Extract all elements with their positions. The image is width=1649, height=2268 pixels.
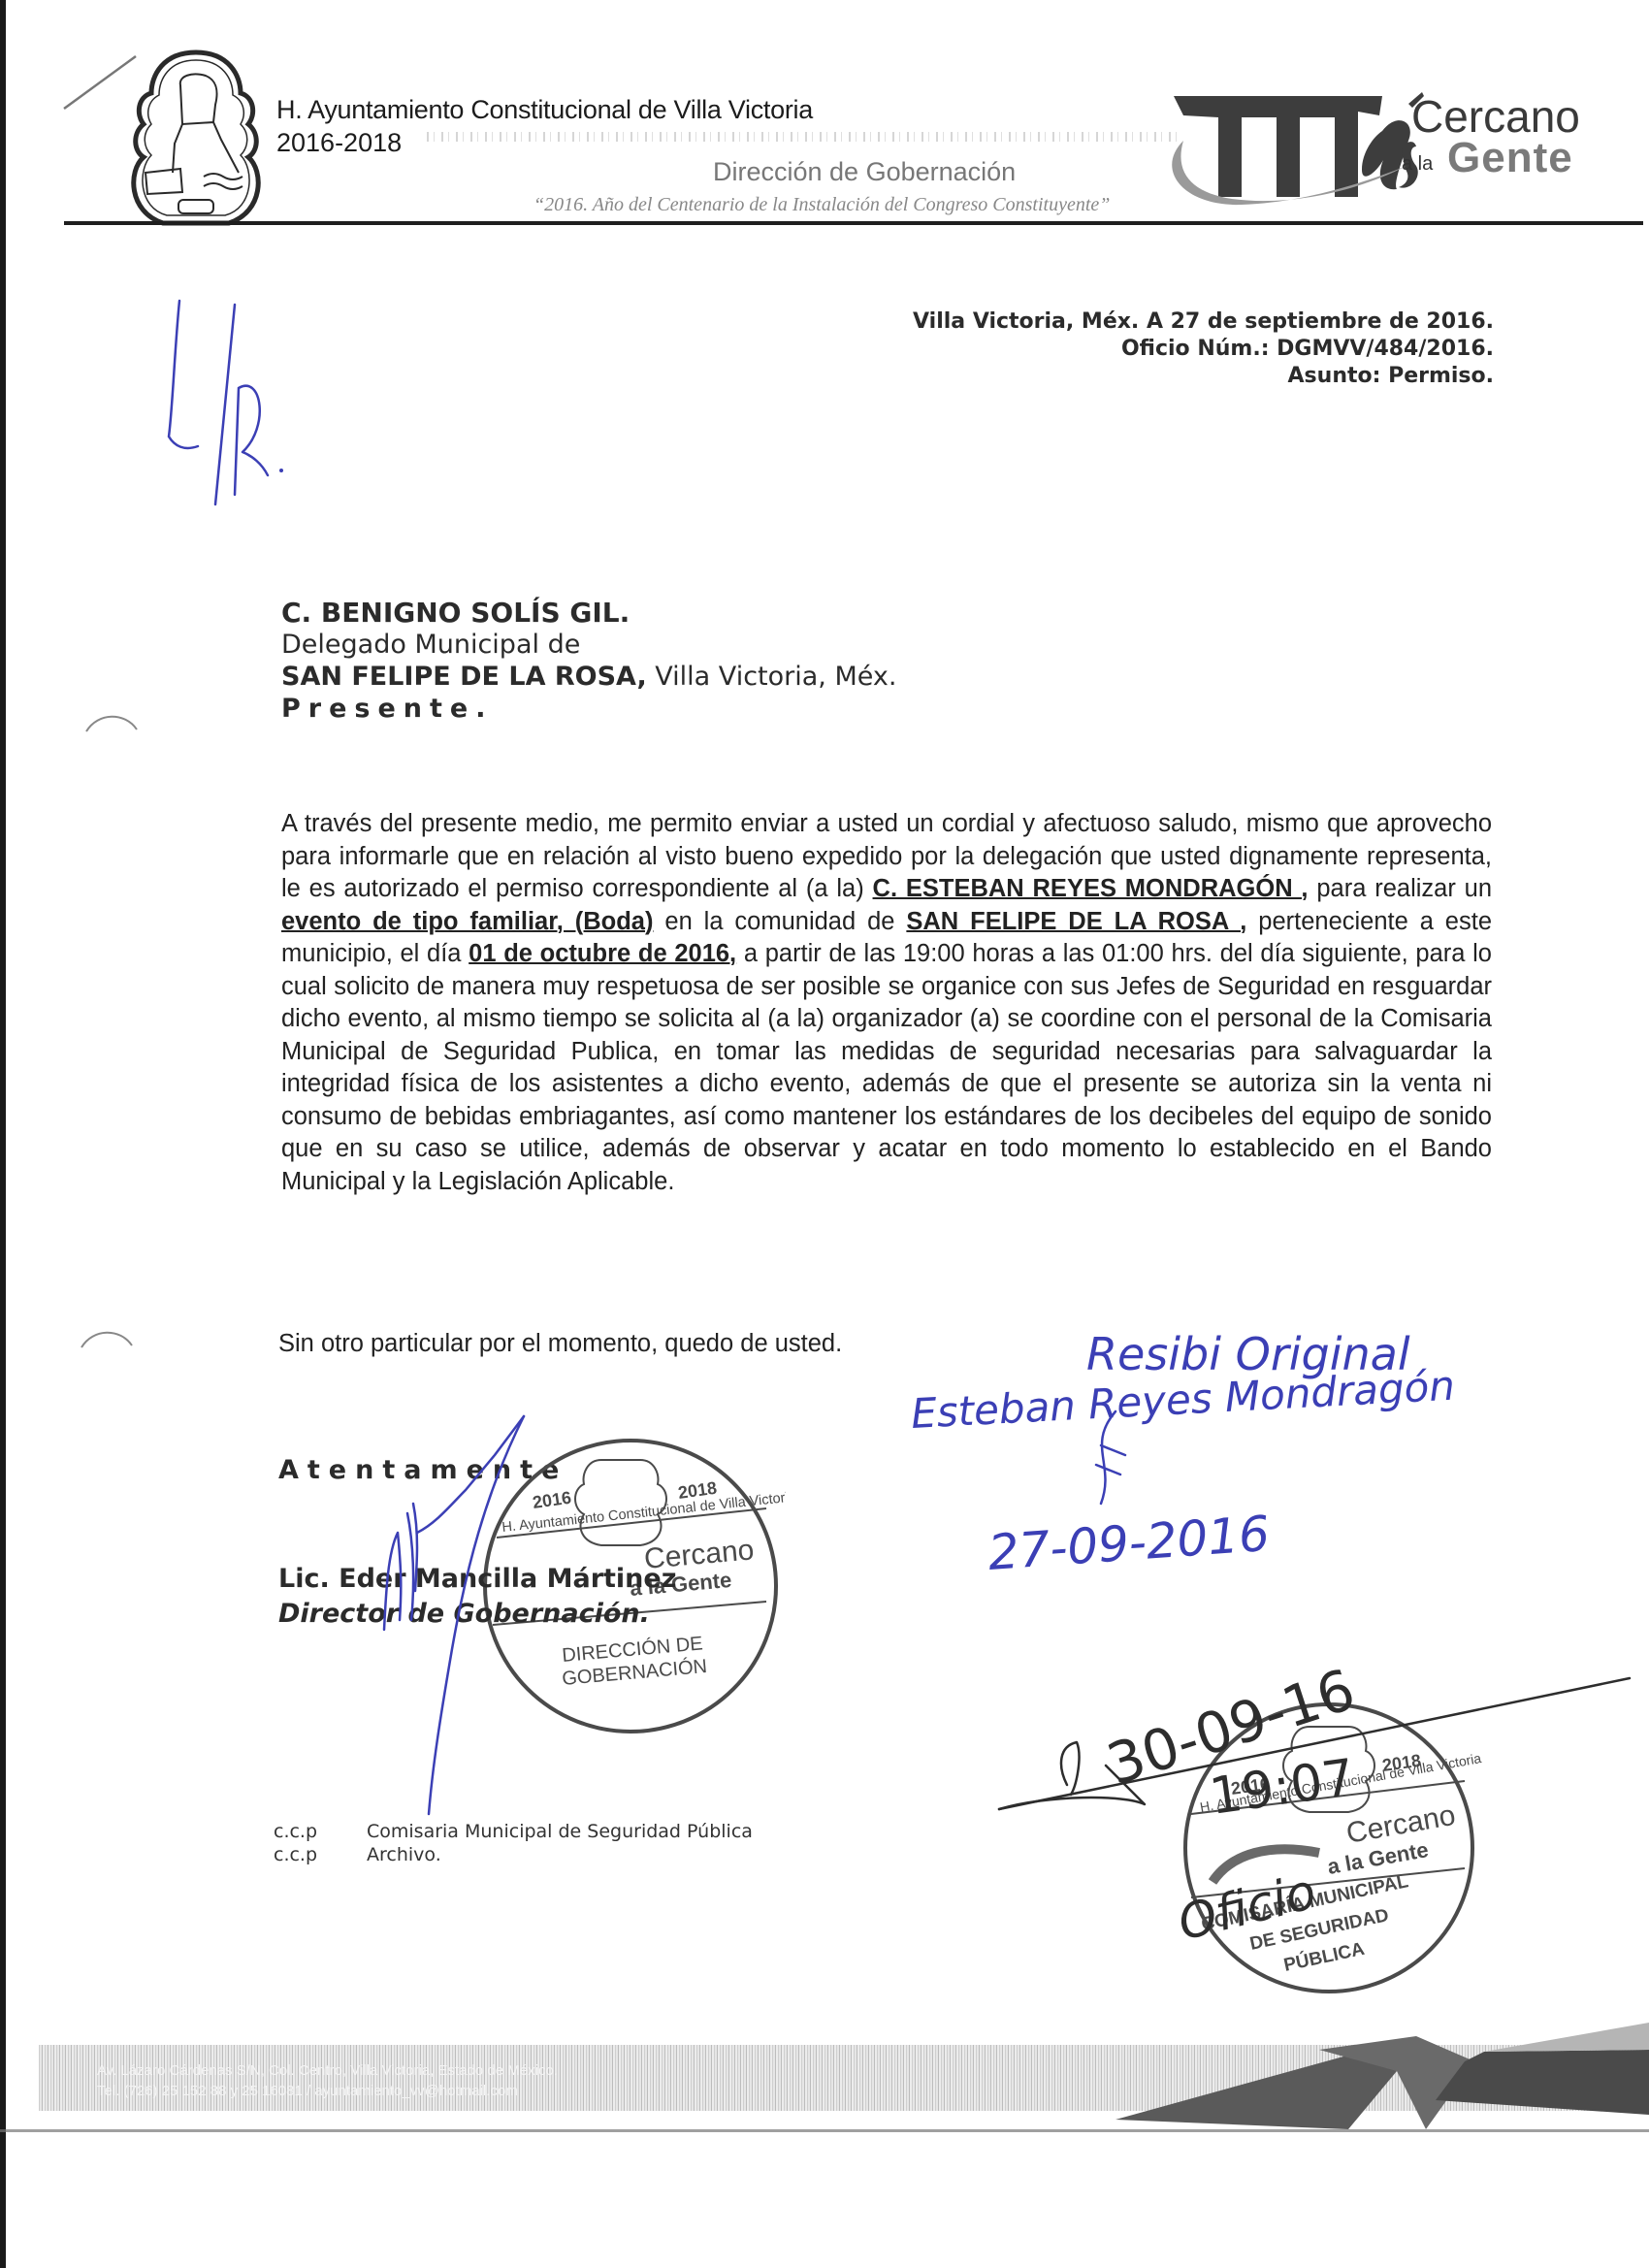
page-edge	[0, 2129, 1649, 2132]
pen-mark-icon	[58, 49, 145, 116]
cc-list: c.c.pComisaria Municipal de Seguridad Pú…	[274, 1820, 753, 1866]
addressee-locality: SAN FELIPE DE LA ROSA, Villa Victoria, M…	[281, 661, 896, 693]
header-divider	[64, 221, 1643, 225]
addressee-name: C. BENIGNO SOLÍS GIL.	[281, 597, 896, 629]
administration-period: 2016-2018	[276, 128, 402, 158]
police-receipt-handwriting: 30-09-16 19:07 Oficio	[989, 1649, 1649, 1960]
municipal-crest-icon	[124, 47, 268, 231]
handwritten-receipt: Resibi Original Esteban Reyes Mondragón …	[892, 1310, 1591, 1601]
year-motto: “2016. Año del Centenario de la Instalac…	[533, 194, 1110, 216]
event-date: 01 de octubre de 2016,	[469, 940, 736, 967]
footer-contact: Tel. (726) 25 152 88 y 25 16081 / ayunta…	[97, 2083, 518, 2099]
community-name: SAN FELIPE DE LA ROSA ,	[906, 908, 1246, 935]
beneficiary-name: C. ESTEBAN REYES MONDRAGÓN ,	[873, 875, 1309, 902]
logo-a-la-text: a la	[1402, 153, 1433, 176]
oficio-number: Oficio Núm.: DGMVV/484/2016.	[913, 336, 1494, 363]
police-note: Oficio	[1173, 1863, 1321, 1952]
event-type: evento de tipo familiar, (Boda)	[281, 908, 653, 935]
body-text-3: en la comunidad de	[653, 908, 906, 935]
addressee-position: Delegado Municipal de	[281, 629, 896, 661]
footer-address: Av. Lázaro Cárdenas S/N, Col. Centro, Vi…	[97, 2062, 558, 2079]
footer-decoration-icon	[1115, 2023, 1649, 2129]
locality-name: SAN FELIPE DE LA ROSA,	[281, 662, 647, 692]
department-name: Dirección de Gobernación	[713, 157, 1016, 187]
receipt-date: 27-09-2016	[986, 1506, 1272, 1581]
punch-hole-mark	[78, 1324, 136, 1353]
logo-gente-text: Gente	[1447, 134, 1573, 182]
reference-block: Villa Victoria, Méx. A 27 de septiembre …	[913, 308, 1494, 390]
closing-line: Sin otro particular por el momento, qued…	[278, 1330, 842, 1358]
scan-edge	[0, 0, 6, 2268]
presente: Presente.	[281, 693, 896, 725]
director-signature	[359, 1397, 611, 1824]
institution-name: H. Ayuntamiento Constitucional de Villa …	[276, 95, 813, 125]
punch-hole-mark	[82, 708, 141, 737]
cc-item: c.c.pArchivo.	[274, 1843, 753, 1866]
locality-rest: Villa Victoria, Méx.	[647, 662, 897, 692]
subject: Asunto: Permiso.	[913, 363, 1494, 390]
body-text-5: a partir de las 19:00 horas a las 01:00 …	[281, 940, 1492, 1195]
body-text-2: para realizar un	[1309, 875, 1492, 902]
addressee-block: C. BENIGNO SOLÍS GIL. Delegado Municipal…	[281, 597, 896, 725]
handwritten-initials	[155, 291, 320, 524]
cc-item: c.c.pComisaria Municipal de Seguridad Pú…	[274, 1820, 753, 1843]
scan-noise	[427, 132, 1183, 142]
letter-body: A través del presente medio, me permito …	[281, 808, 1492, 1198]
place-date: Villa Victoria, Méx. A 27 de septiembre …	[913, 308, 1494, 336]
